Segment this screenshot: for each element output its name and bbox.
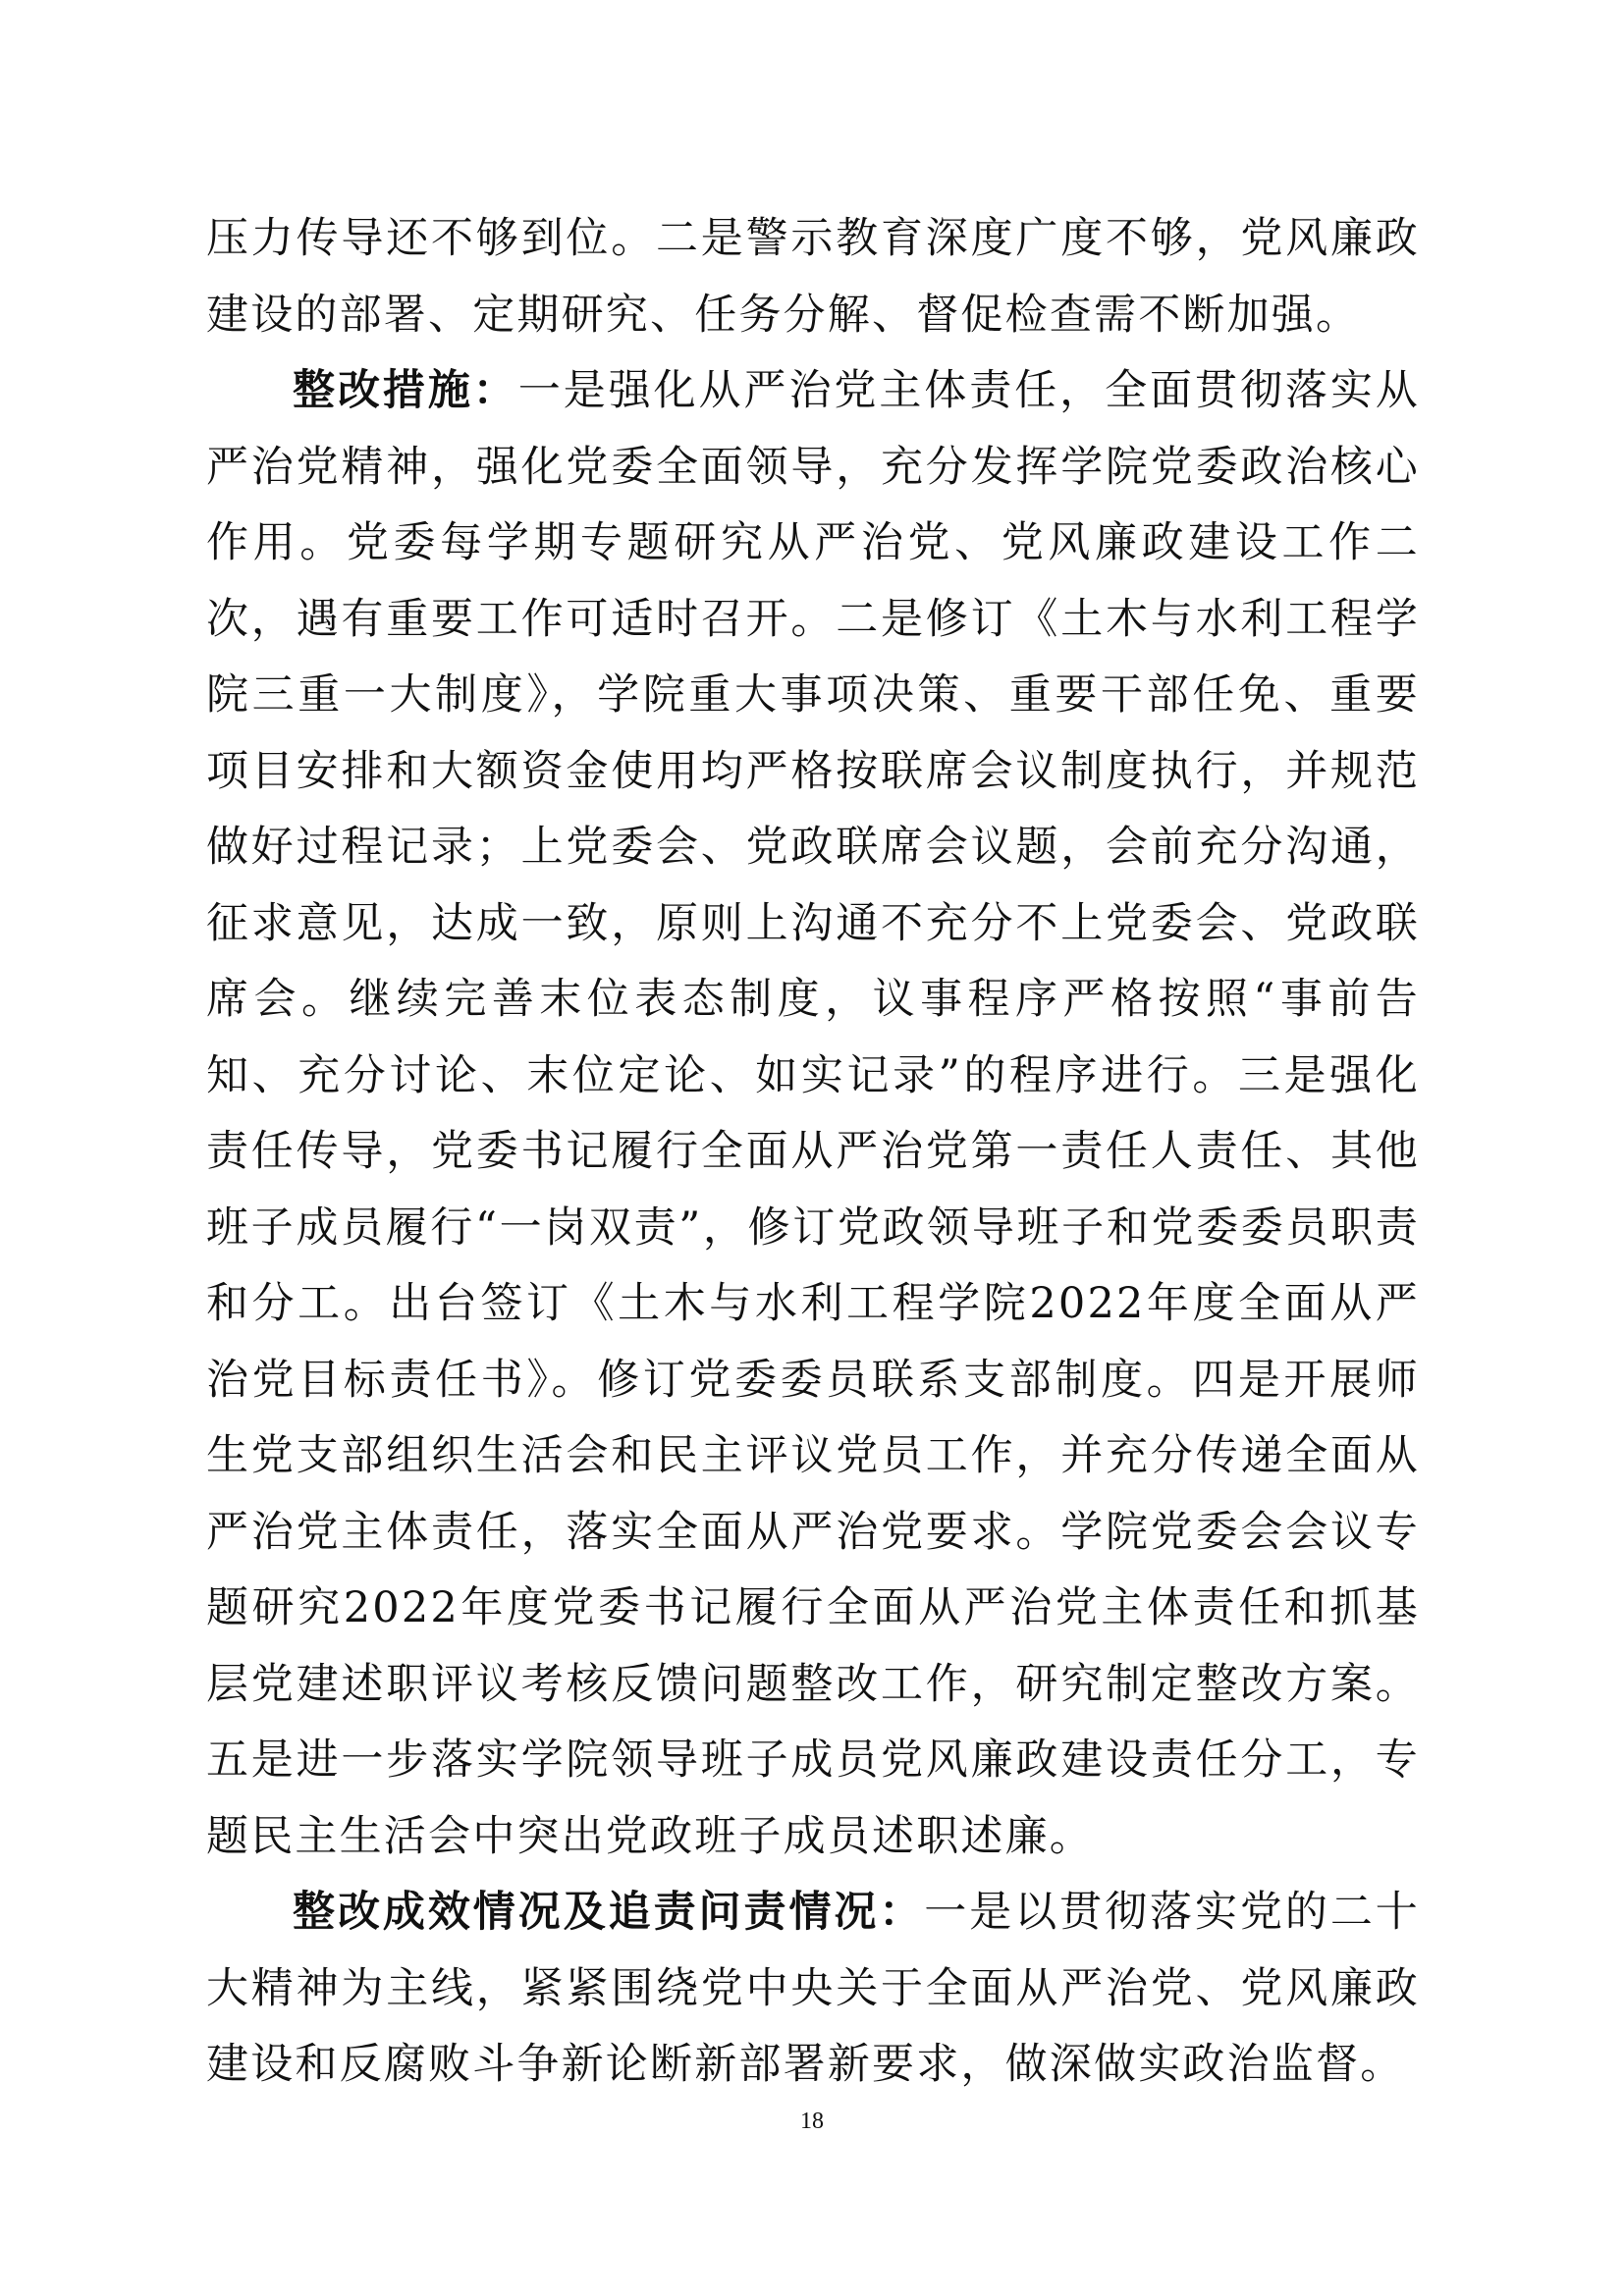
document-body: 压力传导还不够到位。二是警示教育深度广度不够，党风廉政建设的部署、定期研究、任务… [206, 201, 1420, 2104]
paragraph-lead: 整改措施： [293, 366, 518, 415]
paragraph-rectification-results: 整改成效情况及追责问责情况：一是以贯彻落实党的二十大精神为主线，紧紧围绕党中央关… [206, 1875, 1420, 2104]
paragraph-problem-continuation: 压力传导还不够到位。二是警示教育深度广度不够，党风廉政建设的部署、定期研究、任务… [206, 201, 1420, 353]
paragraph-text: 一是强化从严治党主体责任，全面贯彻落实从严治党精神，强化党委全面领导，充分发挥学… [206, 366, 1420, 1861]
paragraph-text: 压力传导还不够到位。二是警示教育深度广度不够，党风廉政建设的部署、定期研究、任务… [206, 214, 1420, 340]
paragraph-rectification-measures: 整改措施：一是强化从严治党主体责任，全面贯彻落实从严治党精神，强化党委全面领导，… [206, 353, 1420, 1875]
page-number: 18 [0, 2109, 1624, 2135]
paragraph-lead: 整改成效情况及追责问责情况： [293, 1888, 924, 1937]
